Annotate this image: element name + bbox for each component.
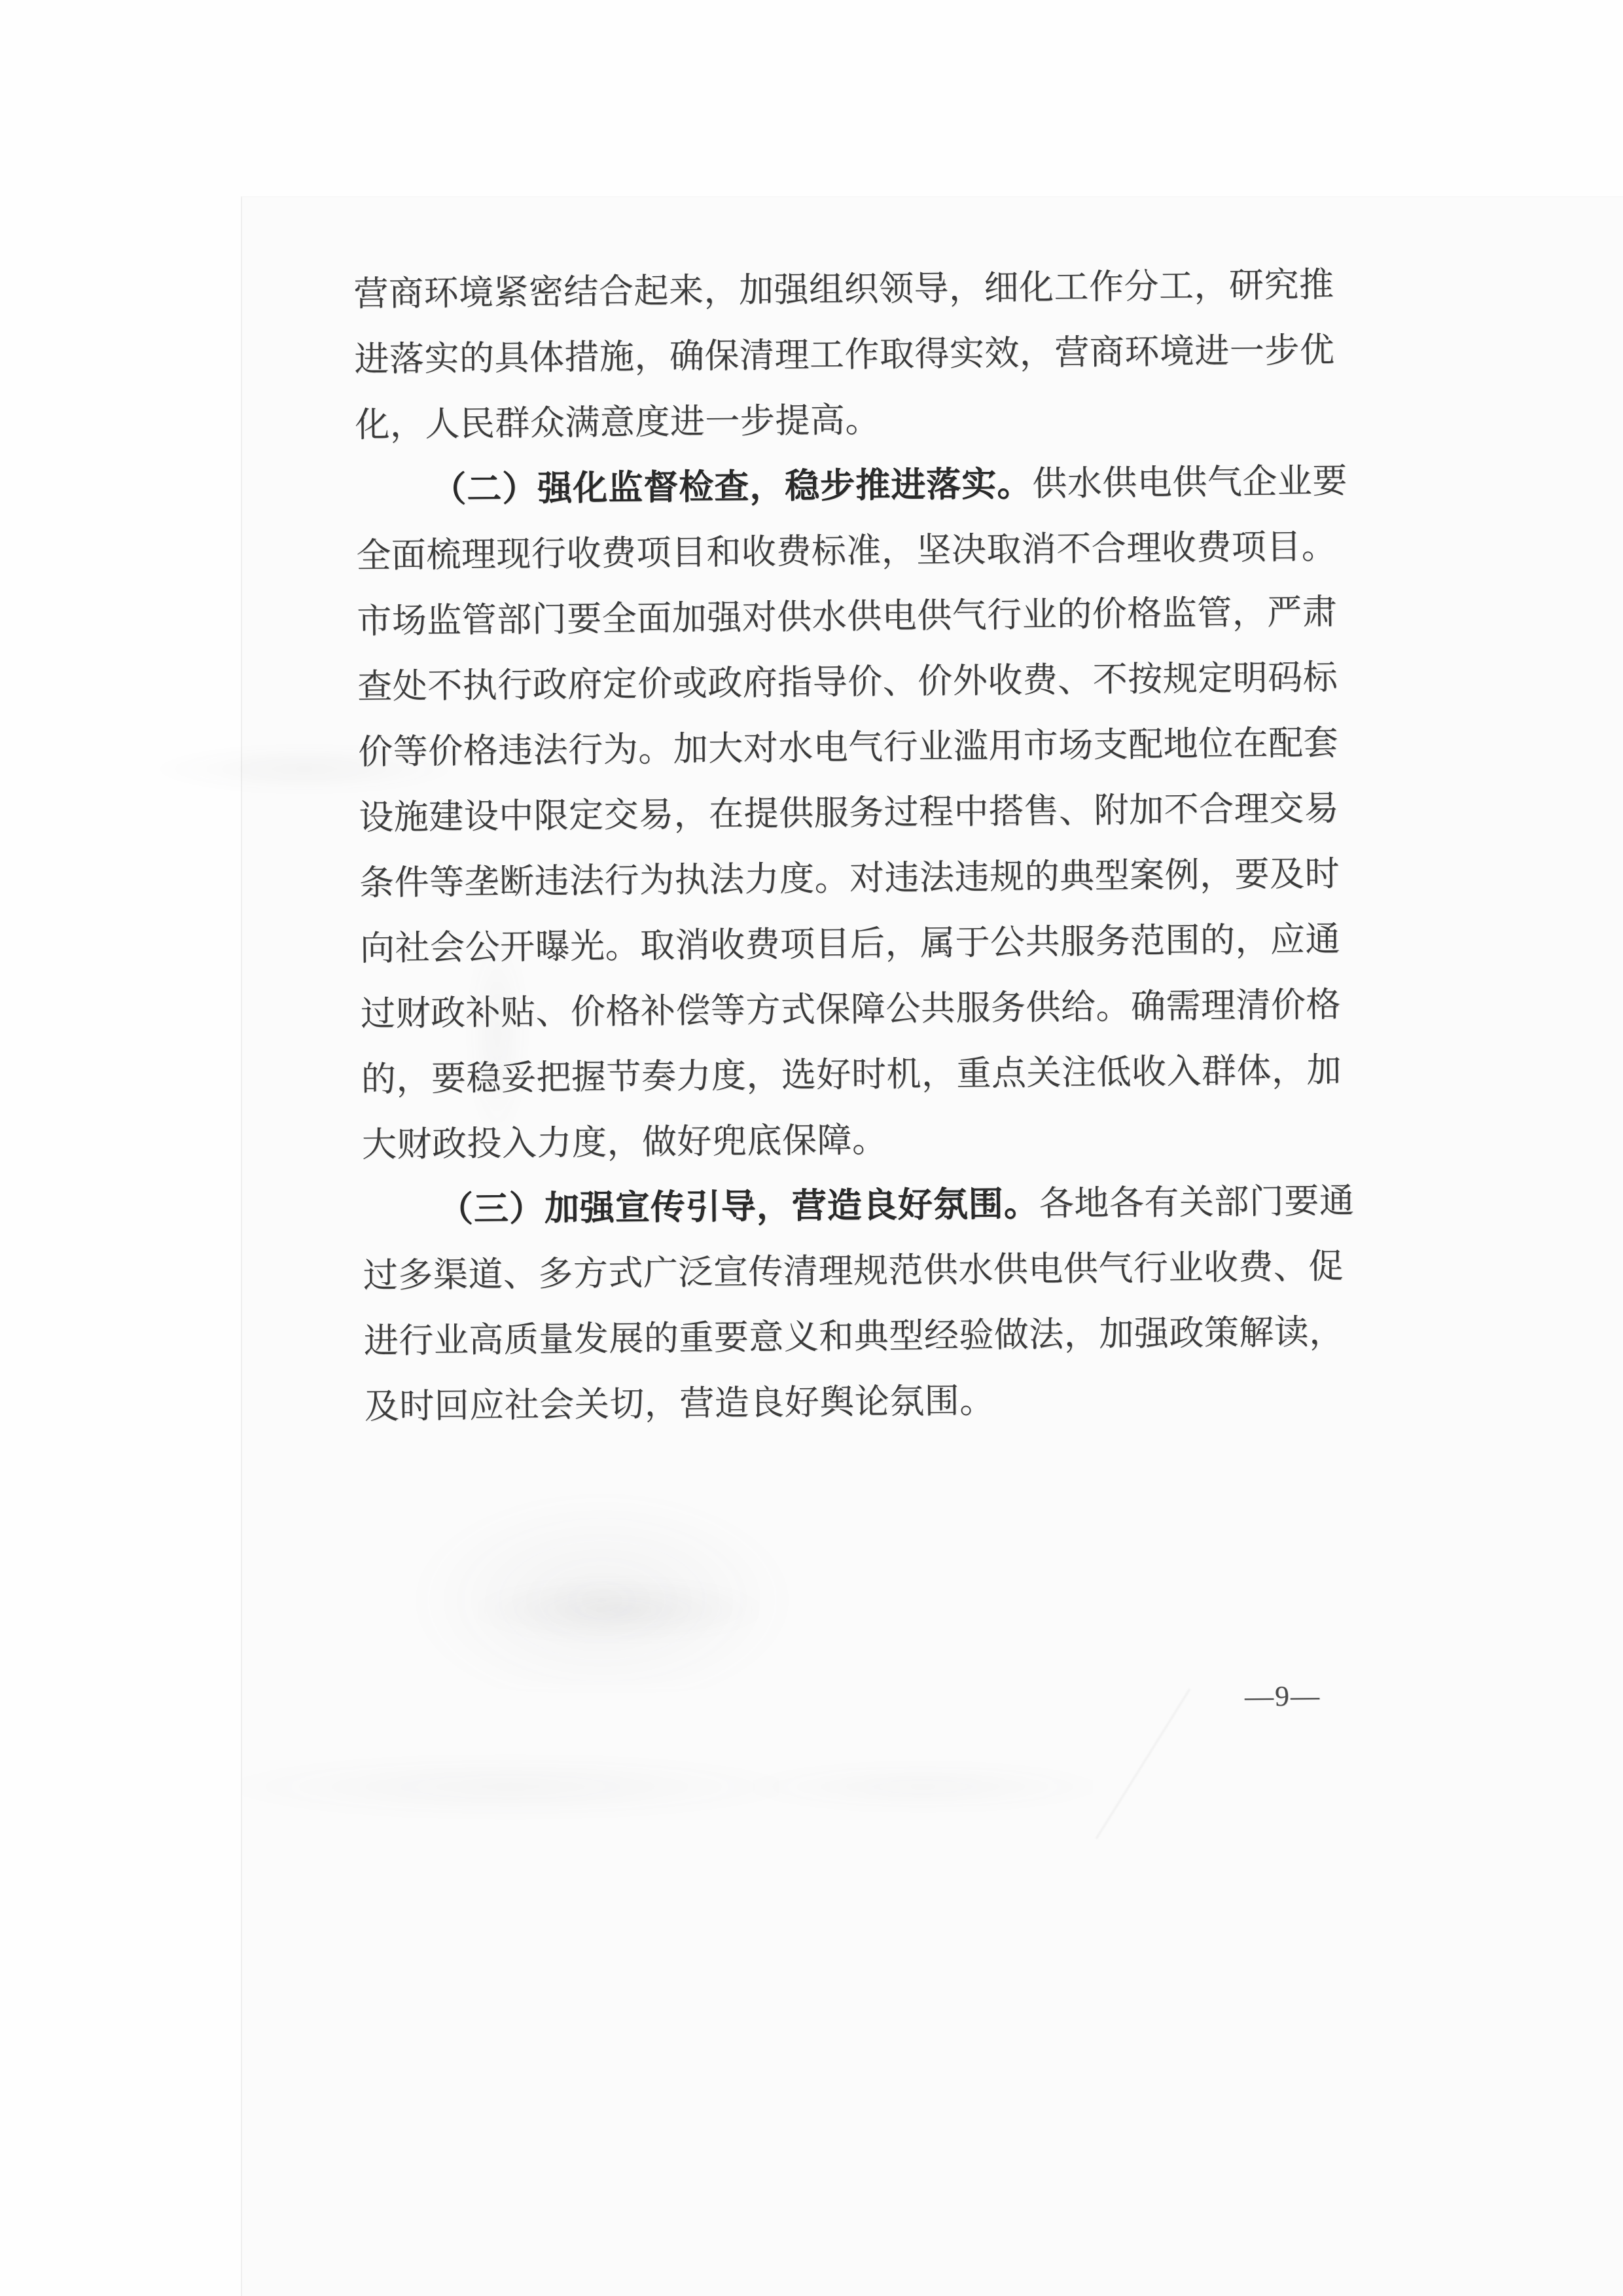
text-line: （三）加强宣传引导，营造良好氛围。各地各有关部门要通 bbox=[362, 1168, 1351, 1243]
scanned-document-page: 营商环境紧密结合起来，加强组织领导，细化工作分工，研究推进落实的具体措施，确保清… bbox=[0, 0, 1623, 2296]
section-heading-segment: （三）加强宣传引导，营造良好氛围。 bbox=[438, 1185, 1040, 1229]
page-number: —9— bbox=[1245, 1679, 1321, 1713]
body-text-segment: 全面梳理现行收费项目和收费标准，坚决取消不合理收费项目。 bbox=[356, 528, 1336, 575]
text-line: 化，人民群众满意度进一步提高。 bbox=[355, 383, 1344, 457]
text-line: 进落实的具体措施，确保清理工作取得实效，营商环境进一步优 bbox=[354, 318, 1343, 393]
section-heading-segment: （二）强化监督检查，稳步推进落实。 bbox=[431, 465, 1033, 509]
document-text-block: 营商环境紧密结合起来，加强组织领导，细化工作分工，研究推进落实的具体措施，确保清… bbox=[353, 253, 1353, 1440]
body-text-segment: 过财政补贴、价格补偿等方式保障公共服务供给。确需理清价格 bbox=[361, 986, 1341, 1033]
body-text-segment: 进落实的具体措施，确保清理工作取得实效，营商环境进一步优 bbox=[354, 332, 1334, 379]
body-text-segment: 过多渠道、多方式广泛宣传清理规范供水供电供气行业收费、促 bbox=[363, 1248, 1344, 1295]
body-text-segment: 市场监管部门要全面加强对供水供电供气行业的价格监管，严肃 bbox=[357, 594, 1337, 641]
text-line: 价等价格违法行为。加大对水电气行业滥用市场支配地位在配套 bbox=[358, 710, 1347, 785]
text-line: 及时回应社会关切，营造良好舆论氛围。 bbox=[364, 1365, 1353, 1439]
text-line: 市场监管部门要全面加强对供水供电供气行业的价格监管，严肃 bbox=[357, 579, 1346, 654]
body-text-segment: 查处不执行政府定价或政府指导价、价外收费、不按规定明码标 bbox=[357, 659, 1338, 706]
text-line: 向社会公开曝光。取消收费项目后，属于公共服务范围的，应通 bbox=[360, 906, 1349, 981]
body-text-segment: 营商环境紧密结合起来，加强组织领导，细化工作分工，研究推 bbox=[353, 266, 1334, 314]
text-line: 查处不执行政府定价或政府指导价、价外收费、不按规定明码标 bbox=[357, 645, 1346, 719]
text-line: 大财政投入力度，做好兜底保障。 bbox=[361, 1103, 1350, 1177]
body-text-segment: 各地各有关部门要通 bbox=[1039, 1182, 1355, 1223]
text-line: 过多渠道、多方式广泛宣传清理规范供水供电供气行业收费、促 bbox=[363, 1234, 1351, 1308]
text-line: 全面梳理现行收费项目和收费标准，坚决取消不合理收费项目。 bbox=[356, 514, 1345, 588]
text-line: （二）强化监督检查，稳步推进落实。供水供电供气企业要 bbox=[355, 448, 1344, 523]
body-text-segment: 设施建设中限定交易，在提供服务过程中搭售、附加不合理交易 bbox=[359, 790, 1339, 837]
text-line: 过财政补贴、价格补偿等方式保障公共服务供给。确需理清价格 bbox=[361, 972, 1349, 1047]
body-text-segment: 的，要稳妥把握节奏力度，选好时机，重点关注低收入群体，加 bbox=[361, 1052, 1342, 1099]
body-text-segment: 向社会公开曝光。取消收费项目后，属于公共服务范围的，应通 bbox=[360, 921, 1340, 968]
text-line: 设施建设中限定交易，在提供服务过程中搭售、附加不合理交易 bbox=[359, 776, 1347, 850]
text-line: 的，要稳妥把握节奏力度，选好时机，重点关注低收入群体，加 bbox=[361, 1037, 1350, 1112]
body-text-segment: 化，人民群众满意度进一步提高。 bbox=[355, 401, 880, 444]
text-line: 进行业高质量发展的重要意义和典型经验做法，加强政策解读， bbox=[363, 1299, 1352, 1374]
body-text-segment: 供水供电供气企业要 bbox=[1032, 462, 1347, 503]
body-text-segment: 及时回应社会关切，营造良好舆论氛围。 bbox=[365, 1382, 995, 1426]
body-text-segment: 进行业高质量发展的重要意义和典型经验做法，加强政策解读， bbox=[364, 1314, 1344, 1361]
body-text-segment: 大财政投入力度，做好兜底保障。 bbox=[362, 1121, 887, 1164]
body-text-segment: 条件等垄断违法行为执法力度。对违法违规的典型案例，要及时 bbox=[359, 855, 1340, 903]
text-line: 条件等垄断违法行为执法力度。对违法违规的典型案例，要及时 bbox=[359, 841, 1348, 916]
text-line: 营商环境紧密结合起来，加强组织领导，细化工作分工，研究推 bbox=[353, 253, 1342, 327]
body-text-segment: 价等价格违法行为。加大对水电气行业滥用市场支配地位在配套 bbox=[358, 725, 1338, 772]
